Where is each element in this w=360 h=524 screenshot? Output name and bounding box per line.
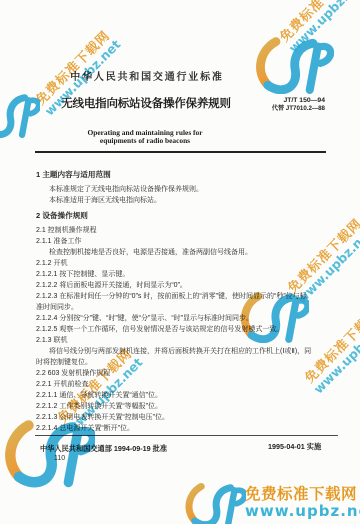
approval-note: 中华人民共和国交通部 1994-09-19 批准 <box>40 444 167 454</box>
body-line: 检查控制机接地是否良好，电源是否接通，准备两副信号线备用。 <box>36 247 328 258</box>
header-rule <box>35 151 326 153</box>
page-number: 110 <box>54 455 65 462</box>
body-line: 2.1 控制机操作规程 <box>36 225 328 236</box>
body-line: 2.2.1.3 公用电表转换开关置“控制电压”位。 <box>36 412 328 423</box>
body-line: 本标准适用于海区无线电指向标站。 <box>36 195 328 206</box>
up-logo-icon <box>250 36 334 94</box>
standard-type-heading: 中华人民共和国交通行业标准 <box>0 68 294 83</box>
watermark-url: www.upbz.net <box>245 503 360 519</box>
body-line: 2.2.1.4 总电源开关置“断开”位。 <box>36 423 328 434</box>
body-line: 2.1.2 开机 <box>36 258 328 269</box>
body-line: 2.1.1 准备工作 <box>36 236 328 247</box>
bottom-watermark: 免费标准下载网 www.upbz.net <box>245 486 360 519</box>
body-line: 准时间同步。 <box>36 302 328 313</box>
watermark-url: www.upbz.net <box>276 0 360 66</box>
scanned-standard-page: 中华人民共和国交通行业标准 无线电指向标站设备操作保养规则 JT/T 150—9… <box>0 0 360 524</box>
footer-rule <box>35 435 338 436</box>
watermark-site-name: 免费标准下载网 <box>266 0 360 56</box>
body-line: 2.1.2.4 分别按“分”键、“时”键，使“分”显示、“时”显示与标准时间同步… <box>36 313 328 324</box>
body-line: 1 主题内容与适用范围 <box>36 169 328 180</box>
body-line: 2.1.3 联机 <box>36 335 328 346</box>
body-line: 2.2.1.1 通信、导航转换开关置“通信”位。 <box>36 390 328 401</box>
body-line: 2 设备操作规则 <box>36 210 328 221</box>
body-line: 2.1.2.2 将后面板电源开关接通，时间显示为“0”。 <box>36 280 328 291</box>
diagonal-watermark: 免费标准下载网 www.upbz.net <box>266 0 360 66</box>
up-logo-icon <box>182 482 246 524</box>
body-line: 2.2 603 发射机操作规程 <box>36 368 328 379</box>
body-line: 2.1.2.1 按下控制键、显示键。 <box>36 269 328 280</box>
body-line: 2.1.2.5 观察一个工作循环，信号发射情况是否与该站规定的信号发射模式一致。 <box>36 324 328 335</box>
body-text: 1 主题内容与适用范围本标准规定了无线电指向标站设备操作保养规则。本标准适用于海… <box>36 165 328 434</box>
body-line: 本标准规定了无线电指向标站设备操作保养规则。 <box>36 184 328 195</box>
english-title: Operating and maintaining rules for equi… <box>0 129 290 146</box>
body-line: 2.1.2.3 在标准时间任一分钟的“0”s 时，按前面板上的“消零”键，使时间… <box>36 291 328 302</box>
body-line: 时将控制键复位。 <box>36 357 328 368</box>
standard-number: JT/T 150—94 <box>235 97 325 105</box>
watermark-site-name: 免费标准下载网 <box>245 486 360 503</box>
replaced-standard: 代替 JT7010.2—88 <box>235 105 325 112</box>
body-line: 2.2.1 开机前检查 <box>36 379 328 390</box>
body-line: 将信号线分别与两部发射机连接，并将后面板转换开关打在相应的工作机上(Ⅰ或Ⅱ)，同 <box>36 346 328 357</box>
english-title-line2: equipments of radio beacons <box>0 137 290 145</box>
implementation-note: 1995-04-01 实施 <box>268 442 321 452</box>
body-line: 2.2.1.2 工作类别转换开关置“等幅报”位。 <box>36 401 328 412</box>
standard-number-block: JT/T 150—94 代替 JT7010.2—88 <box>235 97 325 112</box>
